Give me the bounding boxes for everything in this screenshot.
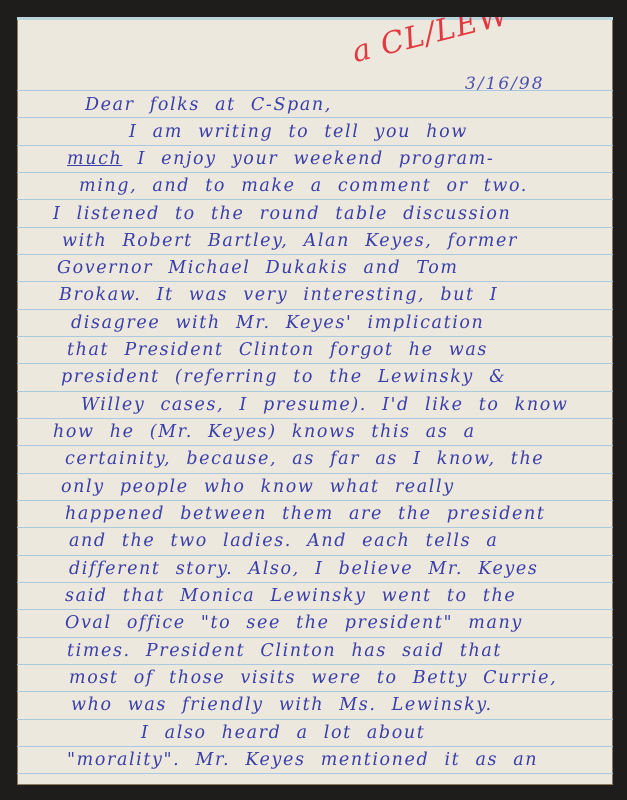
red-annotation: a CL/LEW <box>349 17 514 70</box>
letter-line-rest: I enjoy your weekend program- <box>122 149 494 169</box>
ruled-line <box>17 254 613 255</box>
letter-line: Brokaw. It was very interesting, but I <box>59 285 498 305</box>
letter-line: with Robert Bartley, Alan Keyes, former <box>62 231 518 251</box>
salutation: Dear folks at C-Span, <box>85 95 332 115</box>
letter-line: only people who know what really <box>61 477 455 497</box>
ruled-line <box>17 172 613 173</box>
letter-line: certainity, because, as far as I know, t… <box>65 449 544 469</box>
letter-line: I also heard a lot about <box>141 723 425 743</box>
ruled-line <box>17 527 613 528</box>
letter-line: I listened to the round table discussion <box>53 204 511 224</box>
letter-line: Willey cases, I presume). I'd like to kn… <box>81 395 568 415</box>
ruled-line <box>17 746 613 747</box>
letter-line: "morality". Mr. Keyes mentioned it as an <box>67 750 538 770</box>
ruled-line <box>17 227 613 228</box>
letter-line: times. President Clinton has said that <box>67 641 502 661</box>
ruled-line <box>17 719 613 720</box>
paper-top-edge <box>17 17 613 20</box>
letter-line: much I enjoy your weekend program- <box>67 149 494 169</box>
letter-line: I am writing to tell you how <box>129 122 468 142</box>
letter-page: a CL/LEW 3/16/98 Dear folks at C-Span, I… <box>17 17 613 785</box>
letter-line: ming, and to make a comment or two. <box>79 176 528 196</box>
ruled-line <box>17 555 613 556</box>
ruled-line <box>17 418 613 419</box>
letter-line: president (referring to the Lewinsky & <box>61 367 506 387</box>
letter-date: 3/16/98 <box>465 74 545 94</box>
ruled-line <box>17 281 613 282</box>
letter-line: happened between them are the president <box>65 504 546 524</box>
letter-line: different story. Also, I believe Mr. Key… <box>69 559 538 579</box>
letter-line: Governor Michael Dukakis and Tom <box>57 258 459 278</box>
letter-line: that President Clinton forgot he was <box>67 340 488 360</box>
ruled-line <box>17 609 613 610</box>
ruled-line <box>17 691 613 692</box>
ruled-line <box>17 664 613 665</box>
letter-line: Oval office "to see the president" many <box>65 613 523 633</box>
ruled-line <box>17 582 613 583</box>
ruled-line <box>17 445 613 446</box>
ruled-line <box>17 773 613 774</box>
letter-line: who was friendly with Ms. Lewinsky. <box>71 695 493 715</box>
ruled-line <box>17 145 613 146</box>
ruled-line <box>17 199 613 200</box>
ruled-line <box>17 473 613 474</box>
ruled-line <box>17 637 613 638</box>
ruled-line <box>17 500 613 501</box>
ruled-line <box>17 363 613 364</box>
letter-line: most of those visits were to Betty Curri… <box>69 668 557 688</box>
underlined-word: much <box>67 149 122 169</box>
ruled-line <box>17 309 613 310</box>
letter-line: and the two ladies. And each tells a <box>69 531 498 551</box>
ruled-line <box>17 336 613 337</box>
letter-line: how he (Mr. Keyes) knows this as a <box>53 422 476 442</box>
ruled-line <box>17 117 613 118</box>
ruled-line <box>17 391 613 392</box>
letter-line: said that Monica Lewinsky went to the <box>65 586 516 606</box>
letter-line: disagree with Mr. Keyes' implication <box>71 313 484 333</box>
